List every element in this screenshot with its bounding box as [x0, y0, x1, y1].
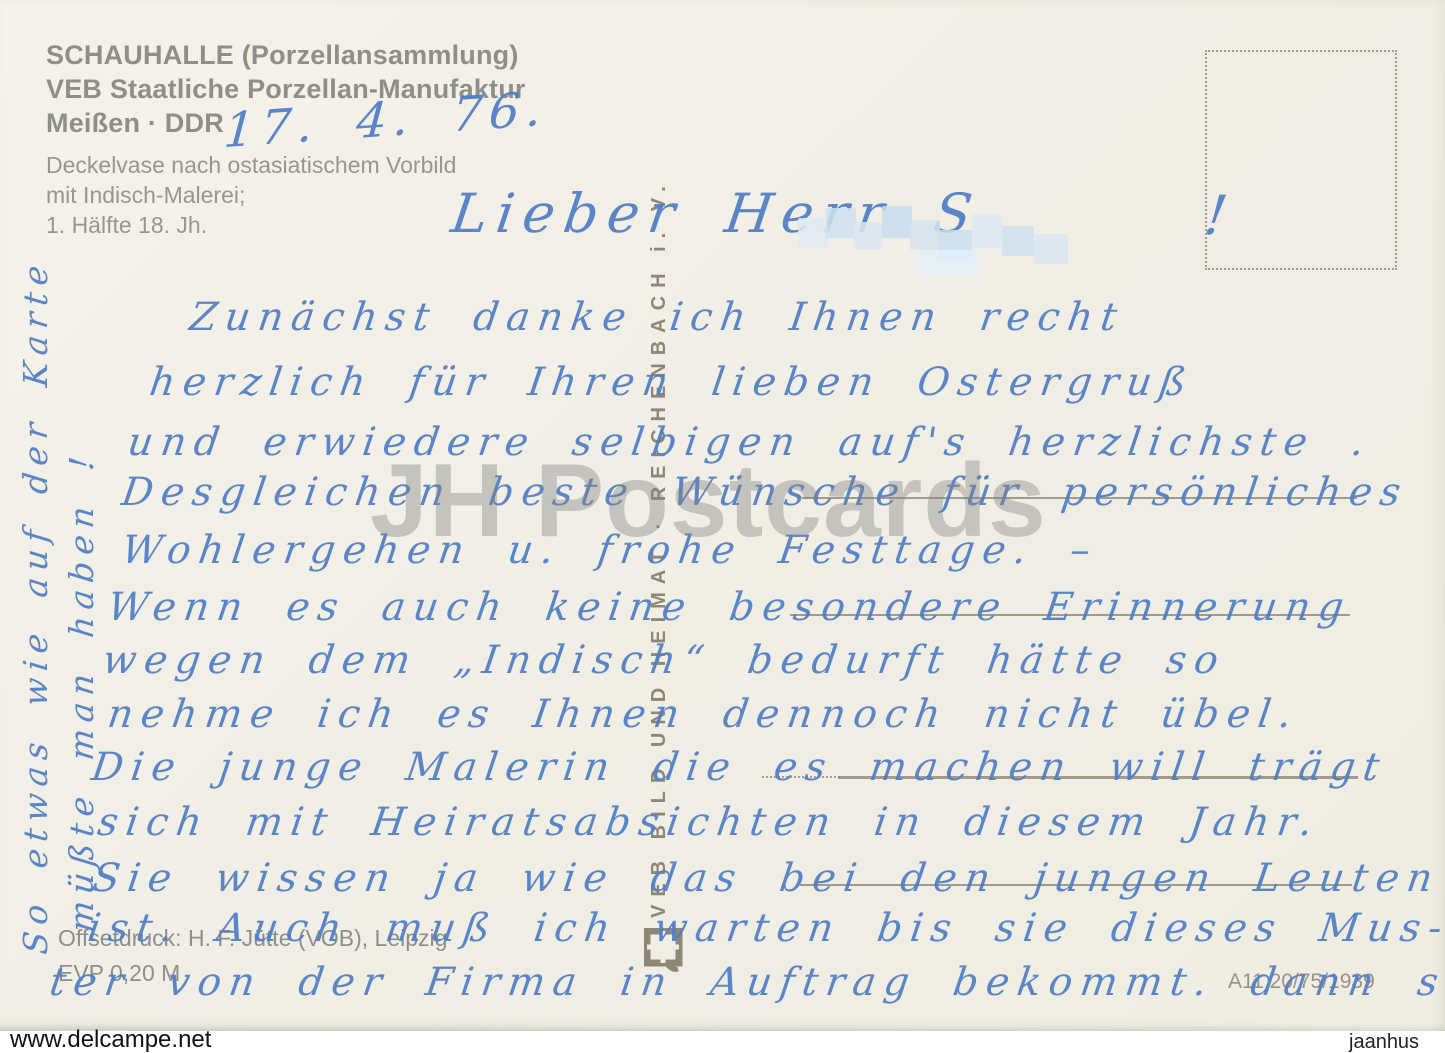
marketplace-watermark: JH Postcards: [370, 442, 1047, 561]
message-line: Sie wissen ja wie das bei den jungen Leu…: [90, 856, 1444, 901]
margin-note-line: müßte man haben !: [62, 280, 101, 934]
message-line: herzlich für Ihren lieben Ostergruß: [147, 360, 1197, 405]
message-line: Zunächst danke ich Ihnen recht: [187, 295, 1128, 340]
seller-name-label: jaanhus: [1349, 1031, 1419, 1053]
printed-title-line: SCHAUHALLE (Porzellansammlung): [46, 38, 519, 72]
site-url-label: www.delcampe.net: [10, 1026, 211, 1053]
message-line: sich mit Heiratsabsichten in diesem Jahr…: [95, 800, 1324, 845]
censored-name-overlay: [798, 200, 1098, 292]
printed-caption-line: mit Indisch-Malerei;: [46, 180, 245, 210]
scan-bottom-margin: [0, 1031, 1445, 1053]
message-line: Wenn es auch keine besondere Erinnerung: [105, 585, 1355, 630]
postcard-scan: SCHAUHALLE (Porzellansammlung) VEB Staat…: [0, 0, 1445, 1053]
stamp-box: [1205, 50, 1397, 270]
printed-caption-line: 1. Hälfte 18. Jh.: [46, 210, 207, 240]
message-line: wegen dem „Indisch“ bedurft hätte so: [100, 638, 1229, 683]
message-line: ist. Auch muß ich warten bis sie dieses …: [85, 906, 1445, 951]
message-line: ter von der Firma in Auftrag bekommt. da…: [47, 960, 1445, 1005]
message-line: nehme ich es Ihnen dennoch nicht übel.: [105, 692, 1302, 737]
message-line: Die junge Malerin die es machen will trä…: [89, 745, 1390, 790]
printed-title-line: Meißen · DDR: [46, 106, 224, 140]
margin-note-line: So etwas wie auf der Karte: [16, 252, 55, 956]
